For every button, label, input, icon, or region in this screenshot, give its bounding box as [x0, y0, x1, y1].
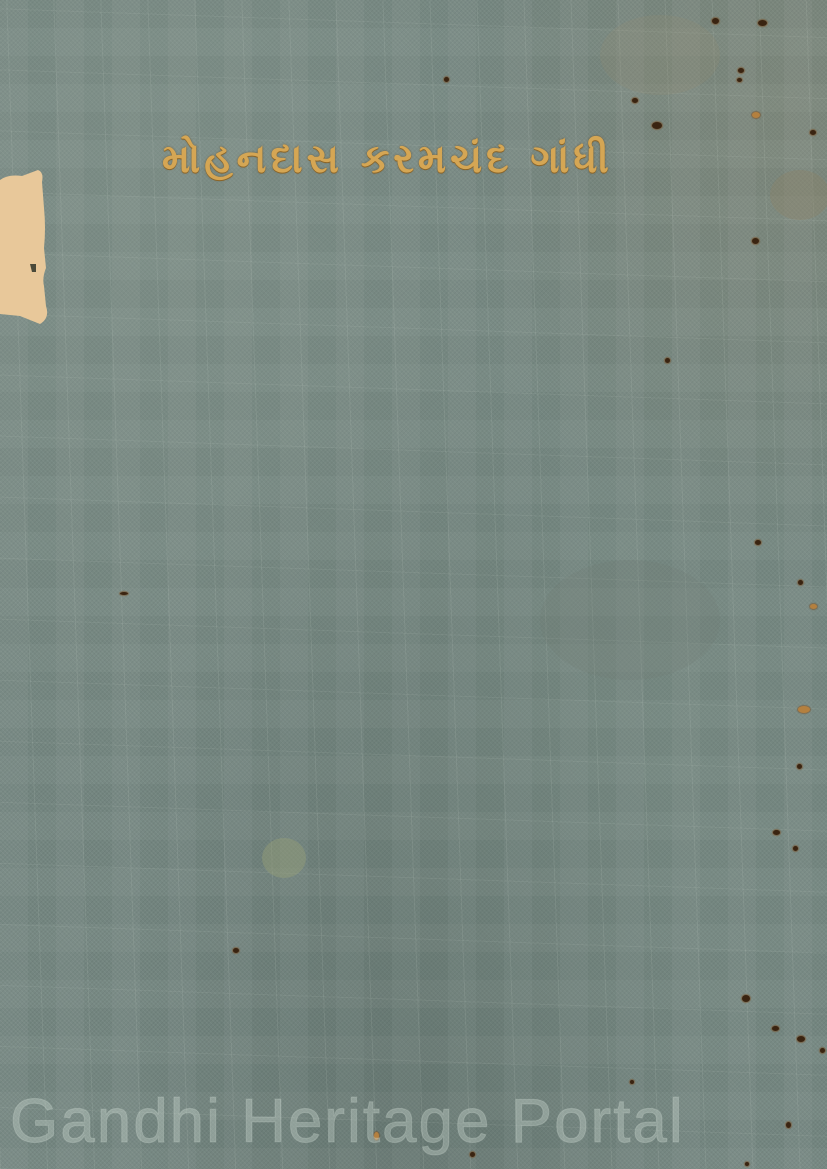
wormhole — [630, 1080, 634, 1084]
wormhole — [745, 1162, 749, 1166]
wormhole — [773, 830, 780, 835]
wormhole — [233, 948, 239, 953]
stain — [600, 15, 720, 95]
wormhole — [797, 764, 802, 769]
wormhole — [755, 540, 761, 545]
wormhole — [665, 358, 670, 363]
stain — [770, 170, 827, 220]
wormhole — [798, 580, 803, 585]
wormhole — [632, 98, 638, 103]
wormhole — [738, 68, 744, 73]
wormhole — [120, 592, 128, 595]
wormhole — [810, 604, 817, 609]
book-title: મોહનદાસ કરમચંદ ગાંધી — [162, 128, 682, 190]
stain — [262, 838, 306, 878]
wormhole — [810, 130, 816, 135]
wormhole — [752, 112, 760, 118]
wormhole — [742, 995, 750, 1002]
torn-paper-patch — [0, 168, 56, 324]
wormhole — [797, 1036, 805, 1042]
wormhole — [737, 78, 742, 82]
wormhole — [772, 1026, 779, 1031]
wormhole — [652, 122, 662, 129]
wormhole — [820, 1048, 825, 1053]
wormhole — [758, 20, 767, 26]
wormhole — [793, 846, 798, 851]
wormhole — [712, 18, 719, 24]
wormhole — [798, 706, 810, 713]
wormhole — [444, 77, 449, 82]
book-cover: મોહનદાસ કરમચંદ ગાંધી Gandhi Heritage Por… — [0, 0, 827, 1169]
watermark: Gandhi Heritage Portal — [10, 1086, 820, 1158]
stain — [540, 560, 720, 680]
wormhole — [752, 238, 759, 244]
